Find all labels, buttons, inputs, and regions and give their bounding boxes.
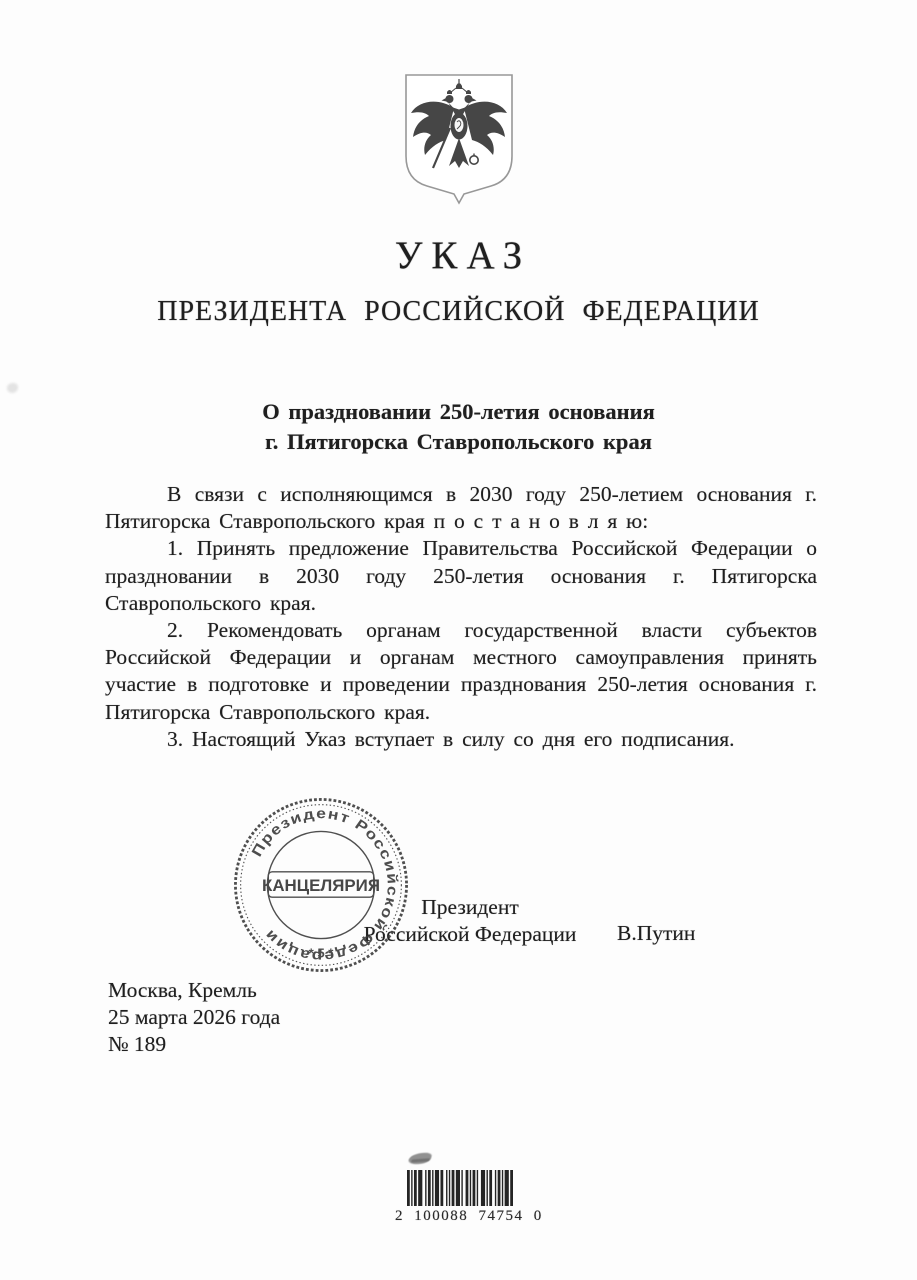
- issue-details: Москва, Кремль 25 марта 2026 года № 189: [108, 977, 280, 1057]
- scan-artifact: [7, 383, 18, 393]
- chancellery-stamp: Президент Российской Федерации * 5 * КАН…: [227, 791, 415, 979]
- decree-type-heading: УКАЗ: [0, 233, 917, 278]
- stamp-bottom-number: * 5 *: [309, 945, 335, 960]
- issue-place: Москва, Кремль: [108, 977, 280, 1004]
- body-paragraph-preamble: В связи с исполняющимся в 2030 году 250-…: [105, 481, 817, 535]
- russian-coat-of-arms-icon: [401, 72, 517, 206]
- body-paragraph-item-2: 2. Рекомендовать органам государственной…: [105, 617, 817, 726]
- barcode: 2 100088 74754 0: [395, 1150, 527, 1232]
- decree-issuer-heading: ПРЕЗИДЕНТА РОССИЙСКОЙ ФЕДЕРАЦИИ: [0, 296, 917, 328]
- issue-date: 25 марта 2026 года: [108, 1004, 280, 1031]
- signature-name: В.Путин: [617, 921, 695, 946]
- barcode-digits: 2 100088 74754 0: [395, 1208, 527, 1225]
- barcode-bars: [407, 1170, 513, 1206]
- stamp-center-text: КАНЦЕЛЯРИЯ: [262, 876, 380, 895]
- body-paragraph-item-1: 1. Принять предложение Правительства Рос…: [105, 535, 817, 617]
- barcode-top-mark: [407, 1152, 432, 1165]
- decree-document-page: УКАЗ ПРЕЗИДЕНТА РОССИЙСКОЙ ФЕДЕРАЦИИ О п…: [0, 0, 917, 1280]
- decree-body: В связи с исполняющимся в 2030 году 250-…: [105, 481, 817, 753]
- subject-line-1: О праздновании 250-летия основания: [0, 397, 917, 427]
- body-paragraph-item-3: 3. Настоящий Указ вступает в силу со дня…: [105, 726, 817, 753]
- subject-line-2: г. Пятигорска Ставропольского края: [0, 427, 917, 457]
- decree-number: № 189: [108, 1031, 280, 1058]
- decree-subject-title: О праздновании 250-летия основания г. Пя…: [0, 397, 917, 457]
